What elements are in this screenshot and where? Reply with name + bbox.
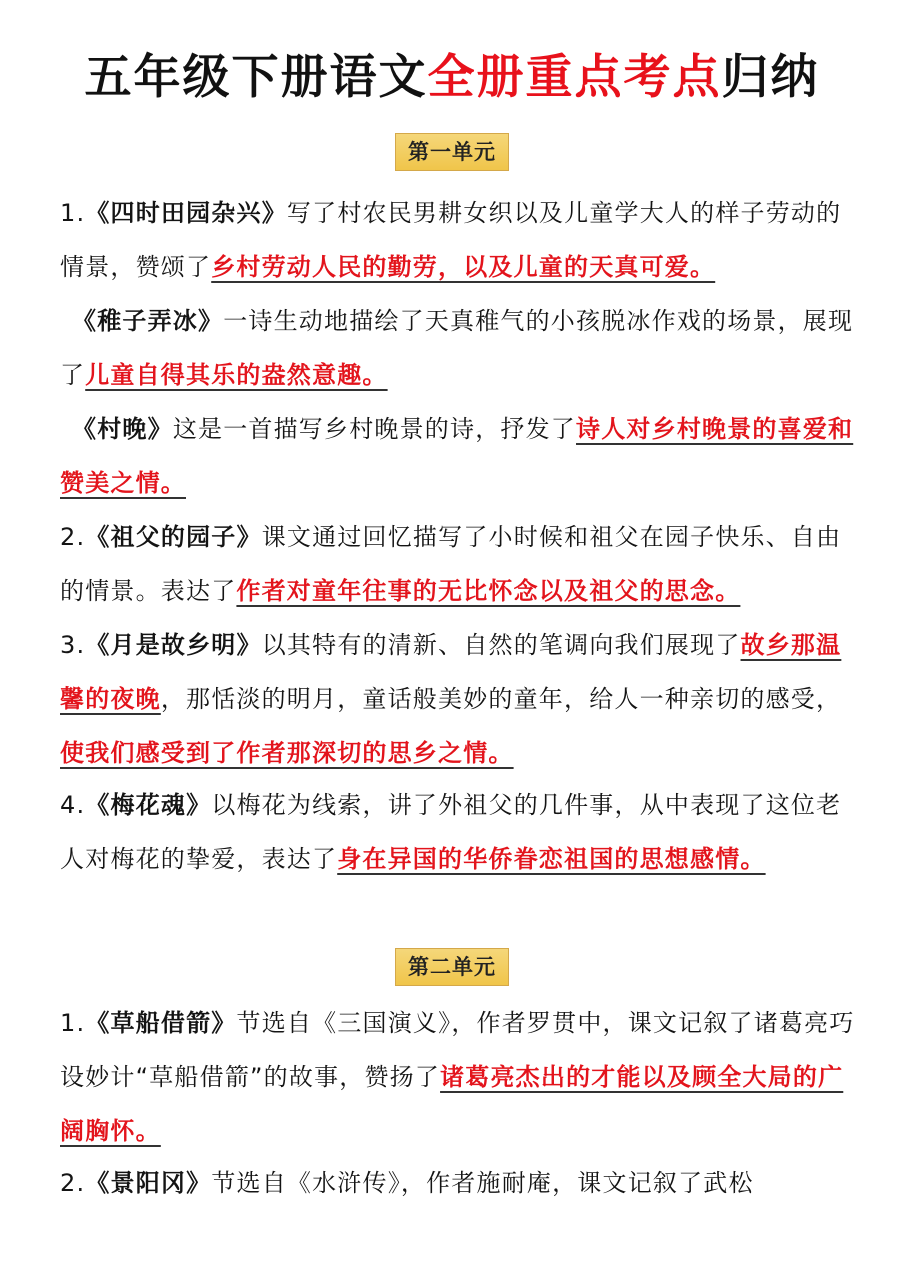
unit-1-item-1c: 《村晚》这是一首描写乡村晚景的诗，抒发了诗人对乡村晚景的喜爱和赞美之情。 <box>60 402 860 510</box>
unit-1-badge: 第一单元 <box>395 133 509 171</box>
title-highlight: 全册重点考点 <box>428 50 722 105</box>
item-text: 节选自《水浒传》，作者施耐庵，课文记叙了武松 <box>211 1169 753 1197</box>
book-title: 《梅花魂》 <box>85 791 211 819</box>
item-number: 3. <box>60 631 85 659</box>
item-text: 以其特有的清新、自然的笔调向我们展现了 <box>262 631 741 659</box>
book-title: 《月是故乡明》 <box>85 631 261 659</box>
title-part-1: 五年级下册语文 <box>85 50 428 105</box>
unit-1-item-4: 4.《梅花魂》以梅花为线索，讲了外祖父的几件事，从中表现了这位老人对梅花的挚爱，… <box>60 778 860 886</box>
key-point: 儿童自得其乐的盎然意趣。 <box>85 361 387 389</box>
unit-1-item-2: 2.《祖父的园子》课文通过回忆描写了小时候和祖父在园子快乐、自由的情景。表达了作… <box>60 510 860 618</box>
unit-2-badge: 第二单元 <box>395 948 509 986</box>
book-title: 《稚子弄冰》 <box>72 307 223 335</box>
key-point: 乡村劳动人民的勤劳，以及儿童的天真可爱。 <box>211 253 715 281</box>
item-number: 1. <box>60 199 85 227</box>
unit-2-item-2: 2.《景阳冈》节选自《水浒传》，作者施耐庵，课文记叙了武松 <box>60 1156 860 1210</box>
item-text-after: ，那恬淡的明月，童话般美妙的童年，给人一种亲切的感受， <box>161 685 841 713</box>
key-point: 身在异国的华侨眷恋祖国的思想感情。 <box>337 845 765 873</box>
book-title: 《景阳冈》 <box>85 1169 211 1197</box>
key-point: 作者对童年往事的无比怀念以及祖父的思念。 <box>236 577 740 605</box>
book-title: 《祖父的园子》 <box>85 523 261 551</box>
item-number: 2. <box>60 1169 85 1197</box>
item-number: 1. <box>60 1009 85 1037</box>
page-title: 五年级下册语文全册重点考点归纳 <box>0 48 904 108</box>
unit-1-item-1b: 《稚子弄冰》一诗生动地描绘了天真稚气的小孩脱冰作戏的场景，展现了儿童自得其乐的盎… <box>60 294 860 402</box>
unit-1-item-3: 3.《月是故乡明》以其特有的清新、自然的笔调向我们展现了故乡那温馨的夜晚，那恬淡… <box>60 618 860 780</box>
item-number: 2. <box>60 523 85 551</box>
book-title: 《草船借箭》 <box>85 1009 236 1037</box>
item-number: 4. <box>60 791 85 819</box>
title-part-3: 归纳 <box>722 50 820 105</box>
item-text: 这是一首描写乡村晚景的诗，抒发了 <box>173 415 576 443</box>
book-title: 《村晚》 <box>72 415 173 443</box>
unit-2-item-1: 1.《草船借箭》节选自《三国演义》，作者罗贯中，课文记叙了诸葛亮巧设妙计“草船借… <box>60 996 860 1158</box>
unit-1-item-1: 1.《四时田园杂兴》写了村农民男耕女织以及儿童学大人的样子劳动的情景，赞颂了乡村… <box>60 186 860 294</box>
book-title: 《四时田园杂兴》 <box>85 199 287 227</box>
key-point-2: 使我们感受到了作者那深切的思乡之情。 <box>60 739 514 767</box>
